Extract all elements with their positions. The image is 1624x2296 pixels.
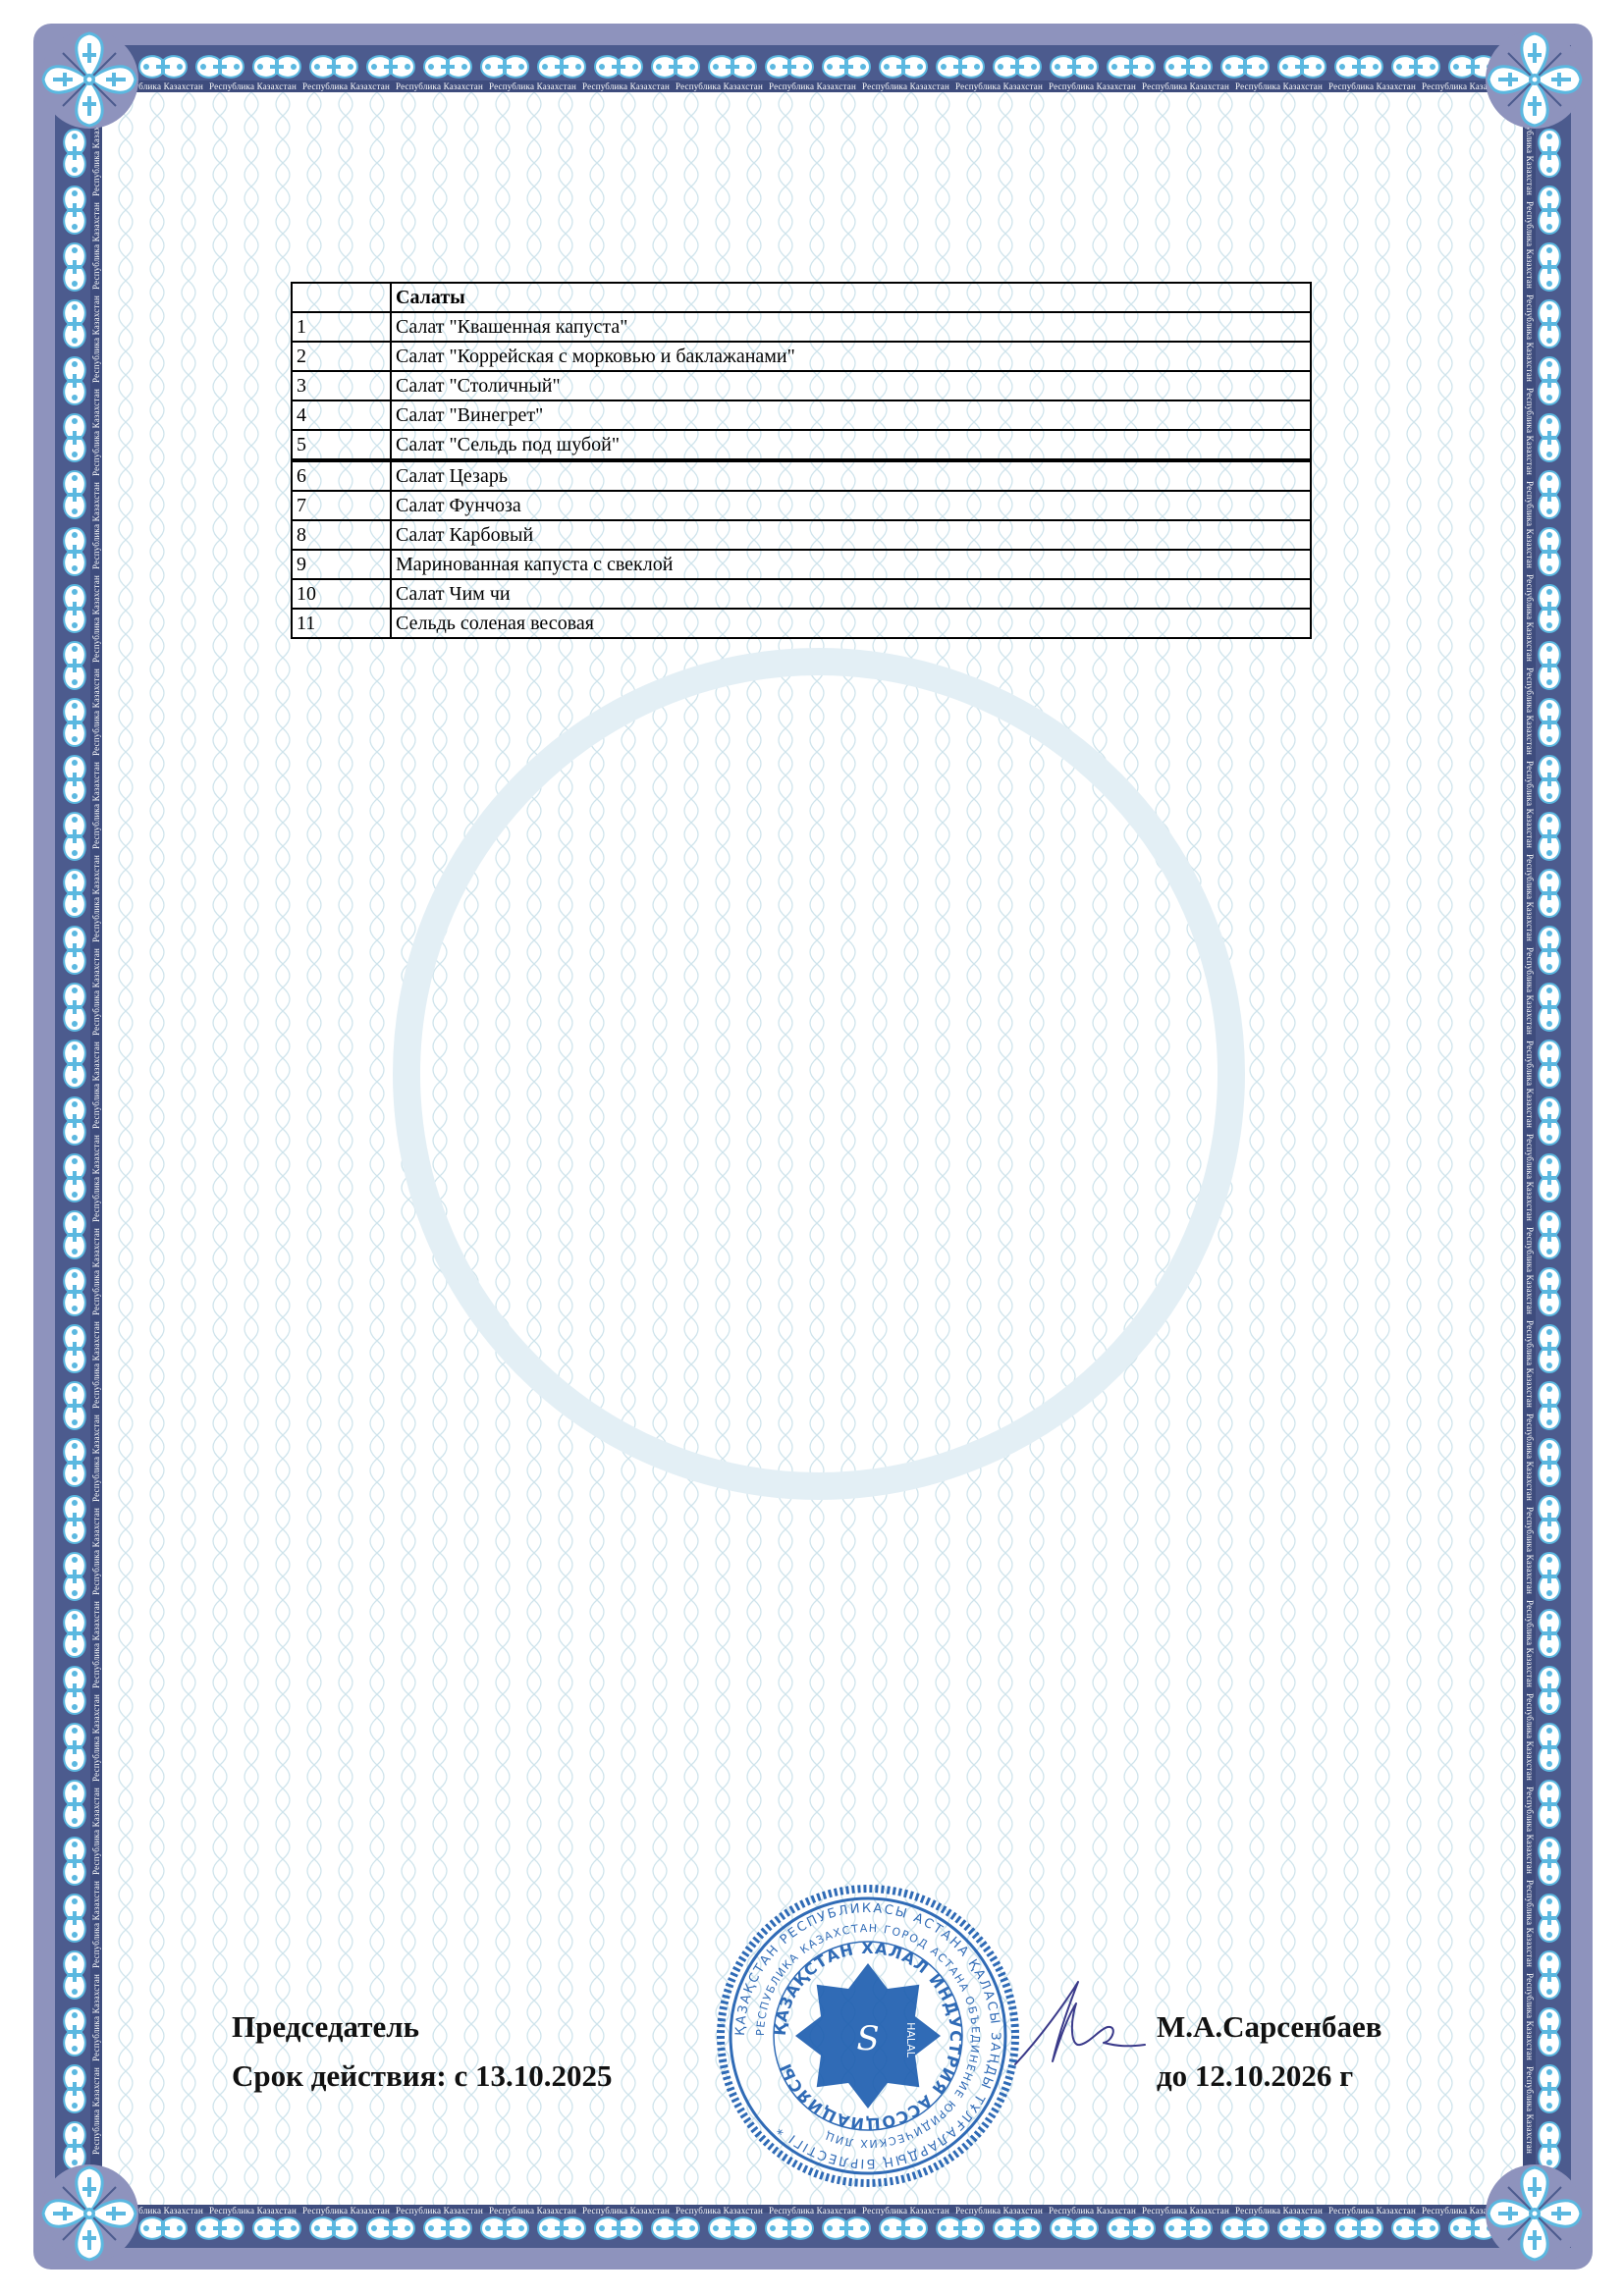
border-strip-label: Республика Казахстан: [91, 389, 101, 476]
border-strip-label: Республика Казахстан: [91, 1041, 101, 1129]
border-strip-label: Республика Казахстан: [955, 2205, 1043, 2216]
svg-text:S: S: [856, 2019, 879, 2058]
border-strip-label: Республика Казахстан: [1525, 947, 1535, 1035]
border-strip-label: Республика Казахстан: [1235, 2205, 1323, 2216]
border-strip-label: Республика Казахстан: [1525, 1787, 1535, 1874]
border-strip-label: Республика Казахстан: [91, 1601, 101, 1688]
border-strip-label: Республика Казахстан: [91, 1135, 101, 1222]
border-strip-label: Республика Казахстан: [1525, 388, 1535, 475]
border-strip-label: Республика Казахстан: [489, 2205, 576, 2216]
table-row: 6Салат Цезарь: [292, 460, 1311, 491]
border-strip-label: Республика Казахстан: [1049, 80, 1136, 92]
border-strip-label: Республика Казахстан: [91, 762, 101, 849]
salad-name-cell: Салат "Сельдь под шубой": [391, 430, 1311, 460]
border-strip-label: Республика Казахстан: [862, 2205, 949, 2216]
border-strip-label: Республика Казахстан: [1525, 1041, 1535, 1128]
border-strip-label: Республика Казахстан: [1142, 2205, 1229, 2216]
border-strip-label: Республика Казахстан: [91, 1974, 101, 2061]
border-strip-label: Республика Казахстан: [676, 80, 763, 92]
table-row: 8Салат Карбовый: [292, 520, 1311, 550]
border-strip-label: Республика Казахстан: [91, 855, 101, 942]
border-strip-label: Республика Казахстан: [302, 80, 390, 92]
table-row: 4Салат "Винегрет": [292, 400, 1311, 430]
border-strip-label: Республика Казахстан: [1525, 1973, 1535, 2060]
salad-name-cell: Салат "Винегрет": [391, 400, 1311, 430]
border-strip-label: Республика Казахстан: [91, 948, 101, 1036]
salad-name-cell: Салат Цезарь: [391, 460, 1311, 491]
border-strip-label: Республика Казахстан: [1525, 1227, 1535, 1314]
border-strip-label: Республика Казахстан: [91, 575, 101, 663]
table-row: 11Сельдь соленая весовая: [292, 609, 1311, 638]
border-strip-label: Республика Казахстан: [1525, 294, 1535, 382]
border-strip-label: Республика Казахстан: [91, 1321, 101, 1409]
signature: [1011, 1968, 1149, 2076]
border-strip-label: Республика Казахстан: [1525, 1134, 1535, 1221]
border-strip-label: Республика Казахстан: [1525, 2066, 1535, 2154]
salad-name-cell: Салат Чим чи: [391, 579, 1311, 609]
border-strip-label: Республика Казахстан: [1525, 481, 1535, 568]
border-strip-label: Республика Казахстан: [1525, 1693, 1535, 1781]
row-number-cell: 10: [292, 579, 391, 609]
border-strip-label: Республика Казахстан: [396, 2205, 483, 2216]
border-strip-label: Республика Казахстан: [1049, 2205, 1136, 2216]
salad-name-cell: Салат Карбовый: [391, 520, 1311, 550]
table-row: 3Салат "Столичный": [292, 371, 1311, 400]
signatory-name: М.А.Сарсенбаев: [1157, 2011, 1382, 2042]
salad-name-cell: Салат Фунчоза: [391, 491, 1311, 520]
border-strip-label: Республика Казахстан: [91, 202, 101, 290]
row-number-cell: 11: [292, 609, 391, 638]
border-strip-label: Республика Казахстан: [1525, 1414, 1535, 1501]
border-strip-label: Республика Казахстан: [1525, 667, 1535, 755]
border-strip-label: Республика Казахстан: [955, 80, 1043, 92]
border-strip-label: Республика Казахстан: [302, 2205, 390, 2216]
border-strip-label: Республика Казахстан: [582, 80, 670, 92]
border-strip-label: Республика Казахстан: [91, 1694, 101, 1782]
position-label: Председатель: [232, 2011, 419, 2042]
border-strip-label: Республика Казахстан: [1525, 1600, 1535, 1687]
border-strip-label: Республика Казахстан: [582, 2205, 670, 2216]
border-strip-label: Республика Казахстан: [1142, 80, 1229, 92]
salad-name-cell: Салат "Квашенная капуста": [391, 312, 1311, 342]
border-strip-label: Республика Казахстан: [396, 80, 483, 92]
border-strip-label: Республика Казахстан: [769, 80, 856, 92]
row-number-cell: 5: [292, 430, 391, 460]
row-number-cell: 3: [292, 371, 391, 400]
border-strip-label: Республика Казахстан: [862, 80, 949, 92]
border-strip-label: Республика Казахстан: [91, 482, 101, 569]
row-number-cell: 1: [292, 312, 391, 342]
table-row: 2Салат "Коррейская с морковью и баклажан…: [292, 342, 1311, 371]
border-strip-label: Республика Казахстан: [91, 1508, 101, 1595]
border-strip-label: Республика Казахстан: [1525, 761, 1535, 848]
table-row: 9Маринованная капуста с свеклой: [292, 550, 1311, 579]
border-strip-label: Республика Казахстан: [91, 1788, 101, 1875]
border-strip-label: Республика Казахстан: [1525, 574, 1535, 662]
border-strip-label: Республика Казахстан: [1525, 1320, 1535, 1408]
row-number-cell: 9: [292, 550, 391, 579]
table-row: 1Салат "Квашенная капуста": [292, 312, 1311, 342]
certificate-page: Республика КазахстанРеспублика Казахстан…: [0, 0, 1624, 2296]
border-strip-label: Республика Казахстан: [1235, 80, 1323, 92]
table-row: 10Салат Чим чи: [292, 579, 1311, 609]
border-strip-label: Республика Казахстан: [1525, 201, 1535, 289]
row-number-cell: 8: [292, 520, 391, 550]
border-strip-label: Республика Казахстан: [91, 1228, 101, 1315]
border-strip-label: Республика Казахстан: [91, 295, 101, 383]
header-num-cell: [292, 283, 391, 312]
border-strip-label: Республика Казахстан: [676, 2205, 763, 2216]
border-strip-label: Республика Казахстан: [1525, 854, 1535, 941]
corner-rosette-icon: [1481, 26, 1589, 133]
border-strip-label: Республика Казахстан: [91, 668, 101, 756]
border-strip-label: Республика Казахстан: [91, 2067, 101, 2155]
salads-table: Салаты 1Салат "Квашенная капуста"2Салат …: [291, 282, 1312, 639]
corner-rosette-icon: [35, 2160, 143, 2268]
corner-rosette-icon: [1481, 2160, 1589, 2268]
border-strip-label: Республика Казахстан: [91, 1415, 101, 1502]
row-number-cell: 2: [292, 342, 391, 371]
corner-rosette-icon: [35, 26, 143, 133]
border-strip-label: Республика Казахстан: [1328, 2205, 1416, 2216]
salad-name-cell: Сельдь соленая весовая: [391, 609, 1311, 638]
stamp-center-text: HALAL: [904, 2022, 917, 2058]
table-row: 5Салат "Сельдь под шубой": [292, 430, 1311, 460]
border-strip-label: Республика Казахстан: [209, 80, 297, 92]
row-number-cell: 4: [292, 400, 391, 430]
row-number-cell: 7: [292, 491, 391, 520]
salad-name-cell: Маринованная капуста с свеклой: [391, 550, 1311, 579]
border-strip-label: Республика Казахстан: [489, 80, 576, 92]
validity-to: до 12.10.2026 г: [1157, 2060, 1353, 2091]
border-strip-label: Республика Казахстан: [209, 2205, 297, 2216]
border-strip-label: Республика Казахстан: [91, 1881, 101, 1968]
table-row: 7Салат Фунчоза: [292, 491, 1311, 520]
organization-stamp: ҚАЗАҚСТАН РЕСПУБЛИКАСЫ АСТАНА ҚАЛАСЫ ЗАҢ…: [715, 1883, 1021, 2189]
row-number-cell: 6: [292, 460, 391, 491]
salad-name-cell: Салат "Коррейская с морковью и баклажана…: [391, 342, 1311, 371]
header-category-cell: Салаты: [391, 283, 1311, 312]
border-strip-label: Республика Казахстан: [769, 2205, 856, 2216]
salad-name-cell: Салат "Столичный": [391, 371, 1311, 400]
table-header-row: Салаты: [292, 283, 1311, 312]
border-strip-label: Республика Казахстан: [1525, 1880, 1535, 1967]
validity-from: Срок действия: с 13.10.2025: [232, 2060, 613, 2091]
border-strip-label: Республика Казахстан: [1328, 80, 1416, 92]
border-strip-label: Республика Казахстан: [1525, 1507, 1535, 1594]
